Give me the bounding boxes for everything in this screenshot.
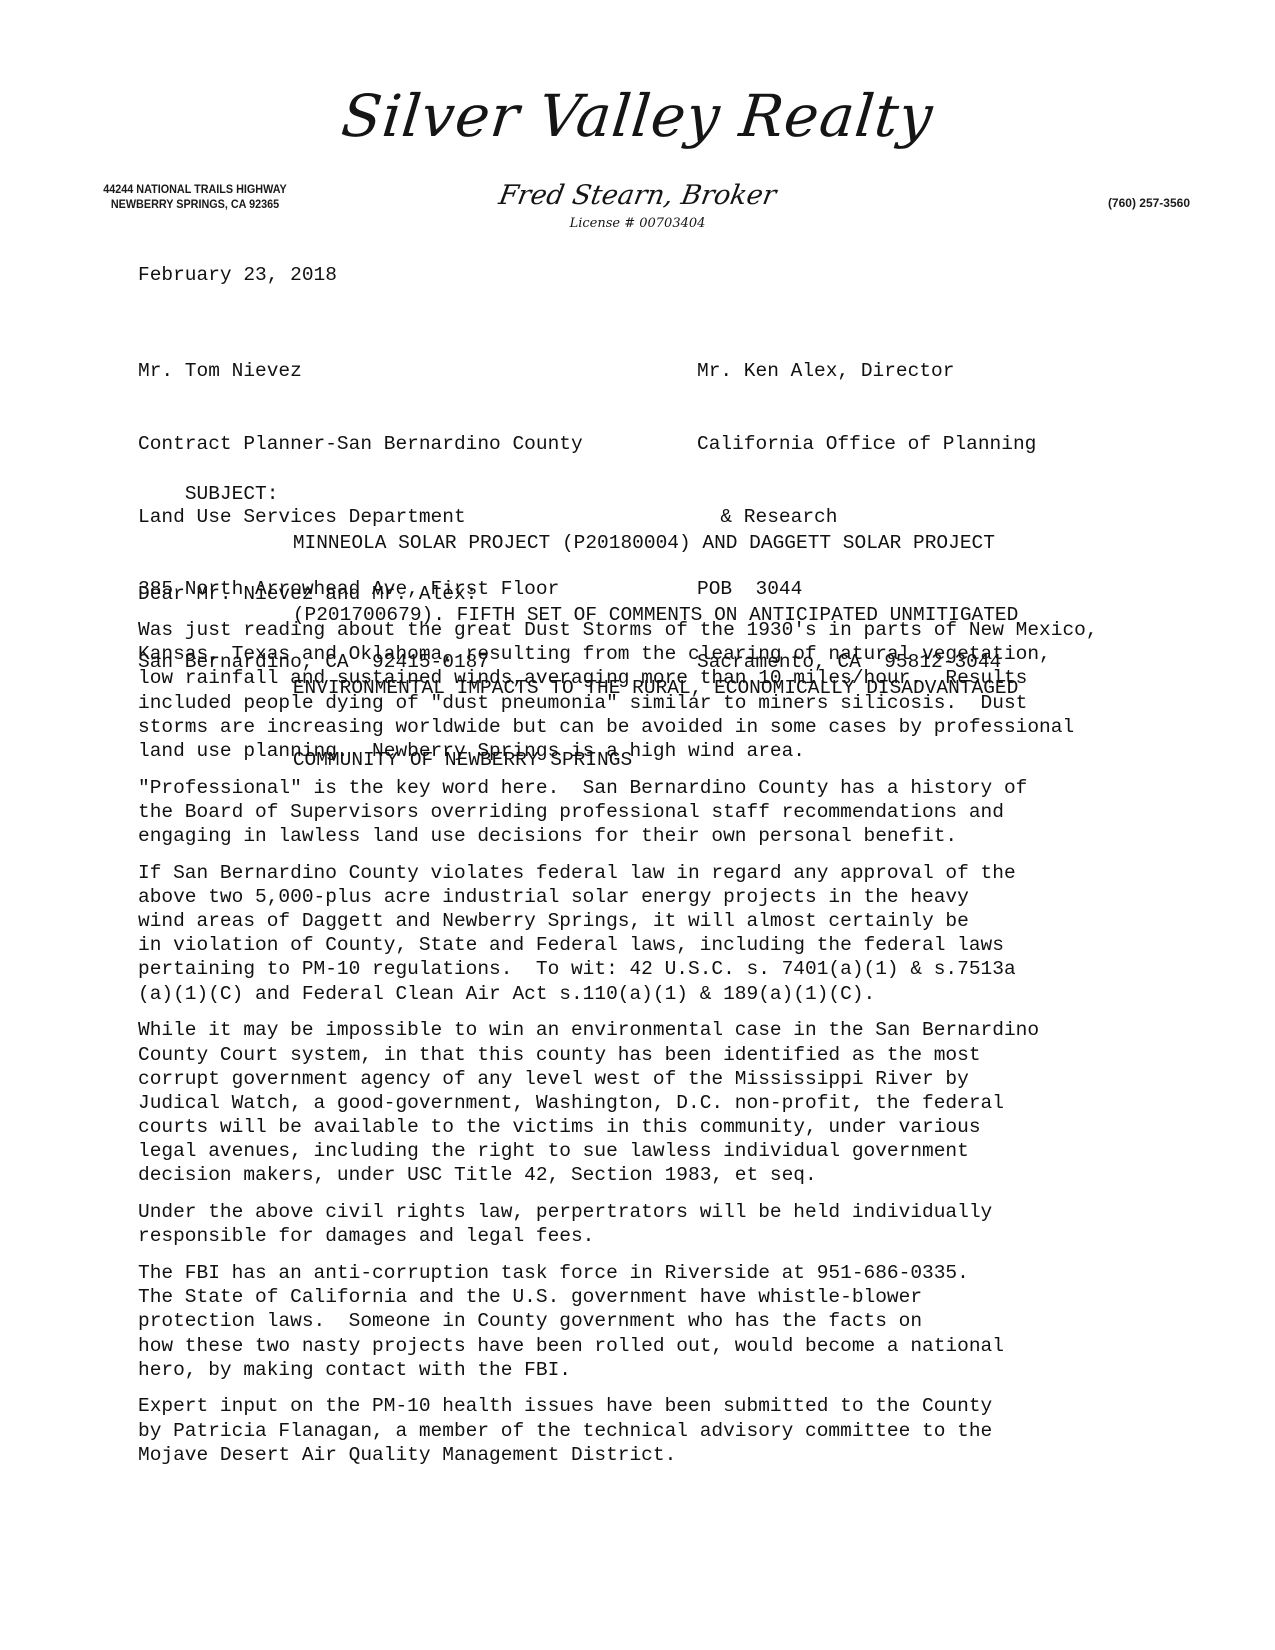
paragraph-line: storms are increasing worldwide but can …	[138, 715, 1098, 739]
recipient-line: Contract Planner-San Bernardino County	[138, 432, 583, 456]
paragraph-line: Was just reading about the great Dust St…	[138, 618, 1098, 642]
paragraph-line: responsible for damages and legal fees.	[138, 1224, 1098, 1248]
paragraph-line: legal avenues, including the right to su…	[138, 1139, 1098, 1163]
subject-line: MINNEOLA SOLAR PROJECT (P20180004) AND D…	[293, 531, 1019, 555]
paragraph-line: corrupt government agency of any level w…	[138, 1067, 1098, 1091]
paragraph-line: hero, by making contact with the FBI.	[138, 1358, 1098, 1382]
recipient-line: Mr. Ken Alex, Director	[697, 359, 1036, 383]
paragraph-line: protection laws. Someone in County gover…	[138, 1309, 1098, 1333]
paragraph-line: County Court system, in that this county…	[138, 1043, 1098, 1067]
letter-date: February 23, 2018	[138, 263, 337, 287]
paragraph-line: While it may be impossible to win an env…	[138, 1018, 1098, 1042]
company-name: Silver Valley Realty	[0, 82, 1275, 150]
paragraph-line: Under the above civil rights law, perper…	[138, 1200, 1098, 1224]
body-paragraph: While it may be impossible to win an env…	[138, 1018, 1098, 1187]
paragraph-line: courts will be available to the victims …	[138, 1115, 1098, 1139]
body-paragraph: If San Bernardino County violates federa…	[138, 861, 1098, 1006]
paragraph-line: the Board of Supervisors overriding prof…	[138, 800, 1098, 824]
paragraph-line: Kansas, Texas and Oklahoma, resulting fr…	[138, 642, 1098, 666]
body-paragraph: "Professional" is the key word here. San…	[138, 776, 1098, 849]
body-paragraph: The FBI has an anti-corruption task forc…	[138, 1261, 1098, 1382]
paragraph-line: low rainfall and sustained winds,averagi…	[138, 666, 1098, 690]
paragraph-line: Expert input on the PM-10 health issues …	[138, 1394, 1098, 1418]
paragraph-line: how these two nasty projects have been r…	[138, 1334, 1098, 1358]
broker-name: Fred Stearn, Broker	[0, 180, 1275, 211]
paragraph-line: decision makers, under USC Title 42, Sec…	[138, 1163, 1098, 1187]
letter-body: Was just reading about the great Dust St…	[138, 618, 1098, 1480]
paragraph-line: The FBI has an anti-corruption task forc…	[138, 1261, 1098, 1285]
paragraph-line: above two 5,000-plus acre industrial sol…	[138, 885, 1098, 909]
body-paragraph: Was just reading about the great Dust St…	[138, 618, 1098, 763]
recipient-line: California Office of Planning	[697, 432, 1036, 456]
paragraph-line: "Professional" is the key word here. San…	[138, 776, 1098, 800]
paragraph-line: Mojave Desert Air Quality Management Dis…	[138, 1443, 1098, 1467]
paragraph-line: If San Bernardino County violates federa…	[138, 861, 1098, 885]
paragraph-line: wind areas of Daggett and Newberry Sprin…	[138, 909, 1098, 933]
license-number: License # 00703404	[0, 216, 1275, 231]
paragraph-line: pertaining to PM-10 regulations. To wit:…	[138, 957, 1098, 981]
paragraph-line: Judical Watch, a good-government, Washin…	[138, 1091, 1098, 1115]
paragraph-line: in violation of County, State and Federa…	[138, 933, 1098, 957]
recipient-line: Mr. Tom Nievez	[138, 359, 583, 383]
salutation: Dear Mr. Nievez and Mr. Alex:	[138, 582, 477, 606]
paragraph-line: The State of California and the U.S. gov…	[138, 1285, 1098, 1309]
paragraph-line: (a)(1)(C) and Federal Clean Air Act s.11…	[138, 982, 1098, 1006]
paragraph-line: included people dying of "dust pneumonia…	[138, 691, 1098, 715]
paragraph-line: land use planning. Newberry Springs is a…	[138, 739, 1098, 763]
company-phone: (760) 257-3560	[1108, 196, 1190, 210]
body-paragraph: Expert input on the PM-10 health issues …	[138, 1394, 1098, 1467]
body-paragraph: Under the above civil rights law, perper…	[138, 1200, 1098, 1248]
subject-label: SUBJECT:	[185, 482, 293, 506]
paragraph-line: engaging in lawless land use decisions f…	[138, 824, 1098, 848]
paragraph-line: by Patricia Flanagan, a member of the te…	[138, 1419, 1098, 1443]
letter-page: Silver Valley Realty 44244 NATIONAL TRAI…	[0, 0, 1275, 1650]
